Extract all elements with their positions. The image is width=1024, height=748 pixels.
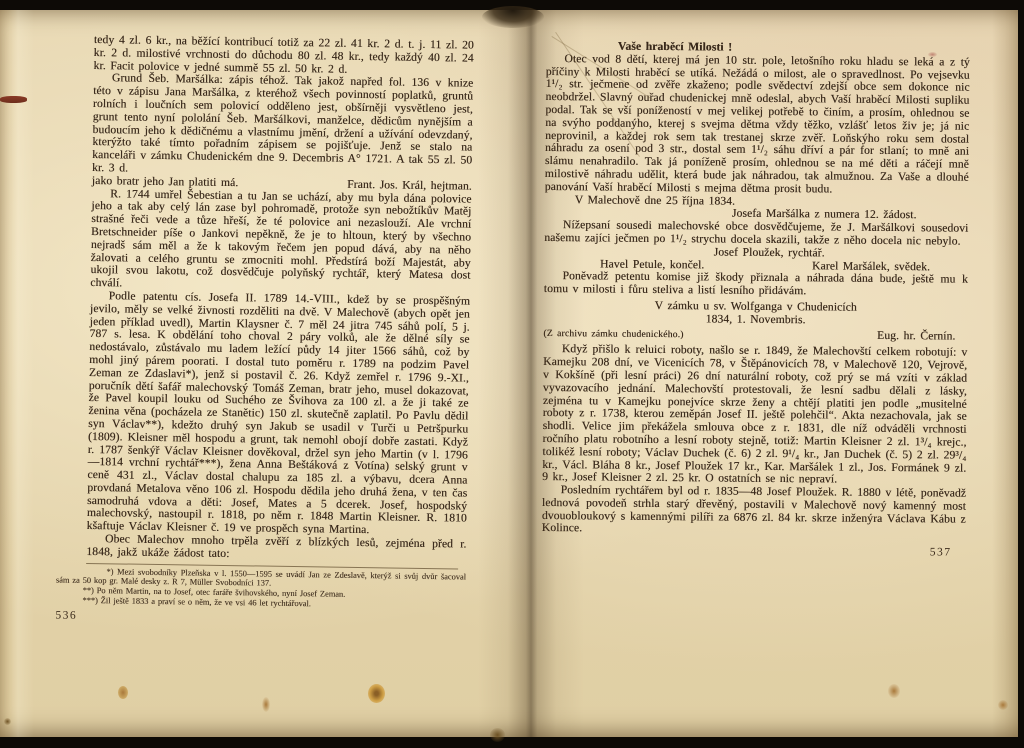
petition-body: Otec vod 8 dětí, kterej má jen 10 str. p…: [545, 53, 970, 197]
paragraph-r1744: R. 1744 umřel Šebestian a tu Jan se uchá…: [90, 188, 471, 296]
left-page: tedy 4 zl. 6 kr., na běžící kontribucí t…: [0, 10, 520, 737]
bridge-paragraph: Posledním rychtářem byl od r. 1835—48 Jo…: [542, 484, 966, 539]
right-page-text-block: Vaše hraběcí Milosti ! Otec vod 8 dětí, …: [542, 40, 970, 559]
archive-source-note: (Z archivu zámku chudenického.): [543, 328, 683, 342]
binding-notch: [482, 6, 544, 28]
footnotes-block: *) Mezi svobodníky Plzeňska v l. 1550—15…: [56, 562, 467, 611]
open-book: tedy 4 zl. 6 kr., na běžící kontribucí t…: [0, 10, 1018, 737]
attest-paragraph: Nížepsaní sousedi malechovské obce dosvě…: [544, 219, 968, 248]
archive-row: (Z archivu zámku chudenického.) Eug. hr.…: [543, 327, 967, 344]
page-number-right: 537: [542, 543, 966, 559]
paragraph-obec: Obec Malechov mnoho trpěla zvěří z blízk…: [86, 533, 466, 564]
signature-cernin: Eug. hr. Černín.: [877, 329, 955, 342]
scanned-book-spread: { "colors": { "paper": "#e7d7b2", "ink":…: [0, 0, 1024, 748]
page-number-left: 536: [55, 609, 465, 627]
paragraph-grund: Grund Šeb. Maršálka: zápis téhož. Tak ja…: [92, 72, 473, 180]
reluice-paragraph: Když přišlo k reluici roboty, našlo se r…: [542, 343, 967, 487]
left-page-text-block: tedy 4 zl. 6 kr., na běžící kontribucí t…: [85, 34, 474, 627]
resolution-paragraph: Poněvadž petentu komise již škody přizna…: [544, 270, 968, 299]
date-line-novembris: 1834, 1. Novembris.: [544, 312, 968, 328]
paragraph-patent: Podle patentu cís. Josefa II. 1789 14.-V…: [87, 290, 471, 539]
right-page: Vaše hraběcí Milosti ! Otec vod 8 dětí, …: [520, 10, 1018, 737]
